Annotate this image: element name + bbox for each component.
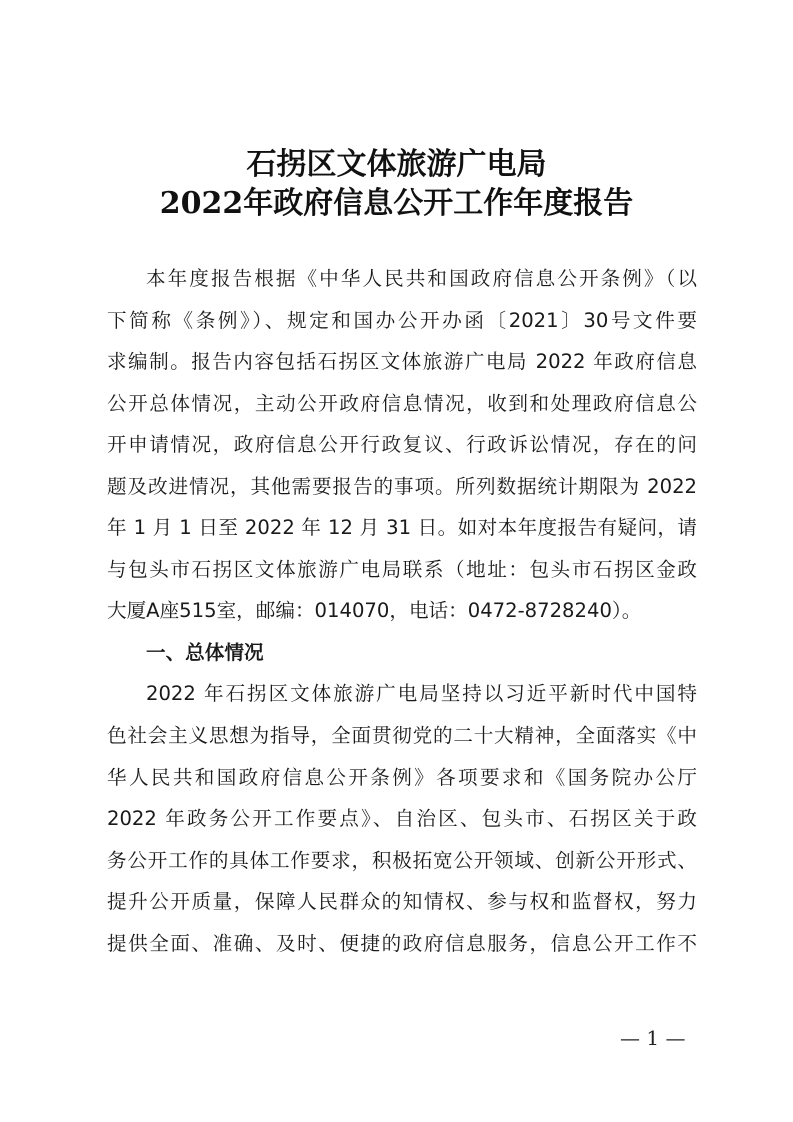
intro-line: 题及改进情况，其他需要报告的事项。所列数据统计期限为 2022 [107, 466, 697, 508]
section-line: 提升公开质量，保障人民群众的知情权、参与权和监督权，努力 [107, 881, 697, 923]
document-title-line1: 石拐区文体旅游广电局 [0, 139, 793, 183]
section-line: 提供全面、准确、及时、便捷的政府信息服务，信息公开工作不 [107, 923, 697, 965]
section-line: 务公开工作的具体工作要求，积极拓宽公开领域、创新公开形式、 [107, 840, 697, 882]
page-number: — 1 — [620, 1026, 685, 1050]
section-line: 2022 年石拐区文体旅游广电局坚持以习近平新时代中国特 [107, 673, 697, 715]
intro-line: 下简称《条例》）、规定和国办公开办函〔2021〕30号文件要 [107, 300, 697, 342]
document-body: 本年度报告根据《中华人民共和国政府信息公开条例》（以 下简称《条例》）、规定和国… [107, 258, 697, 964]
intro-line: 本年度报告根据《中华人民共和国政府信息公开条例》（以 [107, 258, 697, 300]
intro-line: 开申请情况，政府信息公开行政复议、行政诉讼情况，存在的问 [107, 424, 697, 466]
section-line: 色社会主义思想为指导，全面贯彻党的二十大精神，全面落实《中 [107, 715, 697, 757]
section-line: 2022 年政务公开工作要点》、自治区、包头市、石拐区关于政 [107, 798, 697, 840]
section-line: 华人民共和国政府信息公开条例》各项要求和《国务院办公厅 [107, 757, 697, 799]
document-page: 石拐区文体旅游广电局 2022年政府信息公开工作年度报告 本年度报告根据《中华人… [0, 0, 793, 1122]
document-title-line2: 2022年政府信息公开工作年度报告 [0, 178, 793, 222]
intro-line: 年 1 月 1 日至 2022 年 12 月 31 日。如对本年度报告有疑问，请 [107, 507, 697, 549]
intro-line: 求编制。报告内容包括石拐区文体旅游广电局 2022 年政府信息 [107, 341, 697, 383]
intro-line: 公开总体情况，主动公开政府信息情况，收到和处理政府信息公 [107, 383, 697, 425]
intro-line: 与包头市石拐区文体旅游广电局联系（地址：包头市石拐区金政 [107, 549, 697, 591]
section-heading: 一、总体情况 [107, 632, 697, 674]
intro-line: 大厦A座515室，邮编：014070，电话：0472-8728240）。 [107, 590, 697, 632]
